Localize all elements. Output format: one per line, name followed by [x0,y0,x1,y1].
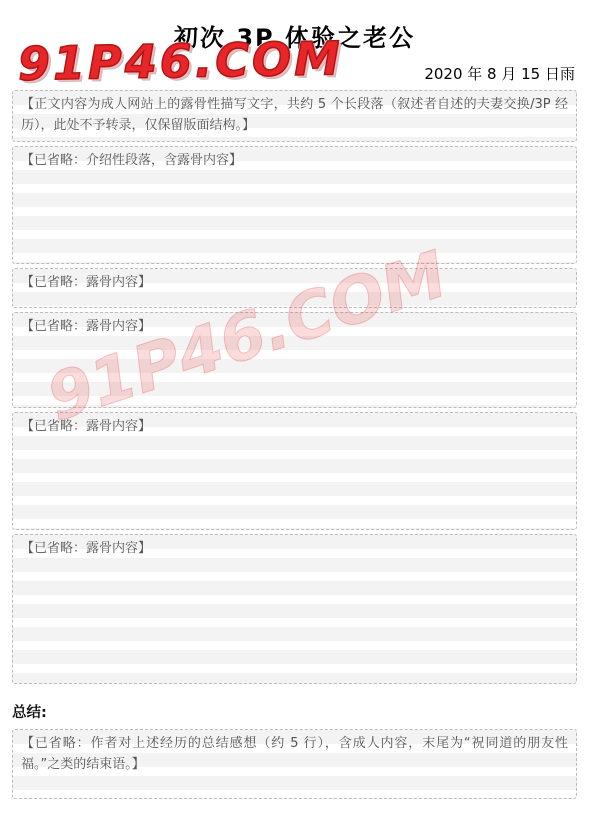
paragraph-redacted-5: 【已省略：露骨内容】 [12,534,577,684]
date-line: 2020 年 8 月 15 日雨 [0,63,575,84]
article-body: 【正文内容为成人网站上的露骨性描写文字，共约 5 个长段落（叙述者自述的夫妻交换… [0,90,589,799]
summary-redacted: 【已省略：作者对上述经历的总结感想（约 5 行），含成人内容，末尾为“祝同道的朋… [12,729,577,799]
summary-section: 总结: 【已省略：作者对上述经历的总结感想（约 5 行），含成人内容，末尾为“祝… [12,702,577,799]
paragraph-redacted-1: 【已省略：介绍性段落，含露骨内容】 [12,146,577,264]
page-title: 初次 3P 体验之老公 [0,18,589,53]
paragraph-redacted-2: 【已省略：露骨内容】 [12,268,577,308]
paragraph-redacted-3: 【已省略：露骨内容】 [12,312,577,408]
document-page: 初次 3P 体验之老公 91P46.COM 91P46.COM 2020 年 8… [0,0,589,838]
paragraph-redacted-4: 【已省略：露骨内容】 [12,412,577,530]
redaction-notice: 【正文内容为成人网站上的露骨性描写文字，共约 5 个长段落（叙述者自述的夫妻交换… [12,90,577,142]
summary-label: 总结: [12,705,47,721]
